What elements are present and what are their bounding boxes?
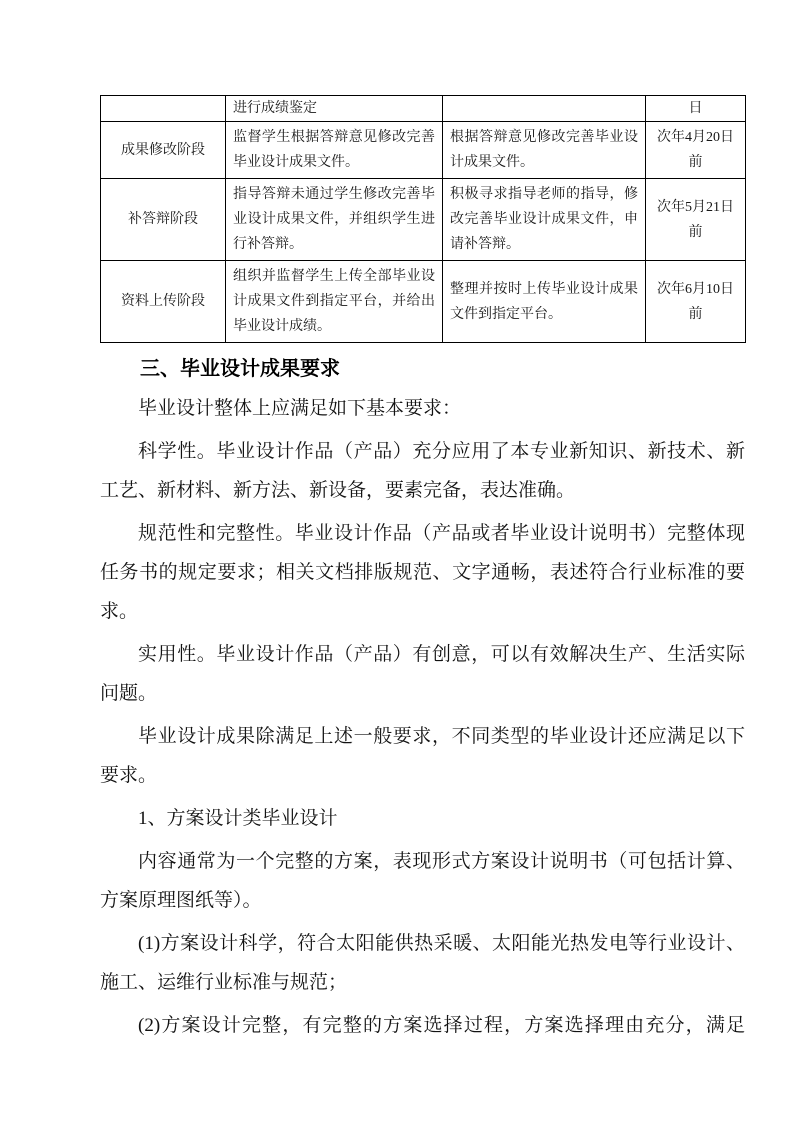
section-heading: 三、毕业设计成果要求 — [100, 355, 745, 383]
table-cell-school-duty: 监督学生根据答辩意见修改完善毕业设计成果文件。 — [226, 122, 443, 179]
paragraph: 内容通常为一个完整的方案，表现形式方案设计说明书（可包括计算、方案原理图纸等）。 — [100, 842, 745, 920]
text-line: 科学性。毕业设计作品（产品）充分应用了本专业新知识、新技术、新 — [100, 432, 745, 471]
body-text: 毕业设计整体上应满足如下基本要求：科学性。毕业设计作品（产品）充分应用了本专业新… — [100, 389, 745, 1045]
schedule-table: 进行成绩鉴定日成果修改阶段监督学生根据答辩意见修改完善毕业设计成果文件。根据答辩… — [100, 95, 746, 343]
paragraph: 1、方案设计类毕业设计 — [100, 799, 745, 838]
text-line: 内容通常为一个完整的方案，表现形式方案设计说明书（可包括计算、 — [100, 842, 745, 881]
text-line: 毕业设计整体上应满足如下基本要求： — [100, 389, 745, 428]
table-cell-deadline: 日 — [646, 96, 746, 122]
text-line: 任务书的规定要求；相关文档排版规范、文字通畅，表述符合行业标准的要 — [100, 553, 745, 592]
text-line: (1)方案设计科学，符合太阳能供热采暖、太阳能光热发电等行业设计、 — [100, 924, 745, 963]
paragraph: (1)方案设计科学，符合太阳能供热采暖、太阳能光热发电等行业设计、施工、运维行业… — [100, 924, 745, 1002]
table-row: 成果修改阶段监督学生根据答辩意见修改完善毕业设计成果文件。根据答辩意见修改完善毕… — [101, 122, 746, 179]
text-line: 1、方案设计类毕业设计 — [100, 799, 745, 838]
paragraph: 规范性和完整性。毕业设计作品（产品或者毕业设计说明书）完整体现任务书的规定要求；… — [100, 514, 745, 631]
table-row: 进行成绩鉴定日 — [101, 96, 746, 122]
text-line: 求。 — [100, 592, 745, 631]
table-cell-deadline: 次年6月10日前 — [646, 261, 746, 343]
table-cell-student-duty — [443, 96, 646, 122]
paragraph: (2)方案设计完整，有完整的方案选择过程，方案选择理由充分，满足 — [100, 1006, 745, 1045]
table-cell-deadline: 次年4月20日前 — [646, 122, 746, 179]
text-line: 实用性。毕业设计作品（产品）有创意，可以有效解决生产、生活实际 — [100, 635, 745, 674]
table-cell-student-duty: 根据答辩意见修改完善毕业设计成果文件。 — [443, 122, 646, 179]
text-line: 规范性和完整性。毕业设计作品（产品或者毕业设计说明书）完整体现 — [100, 514, 745, 553]
text-line: 要求。 — [100, 756, 745, 795]
table-cell-school-duty: 组织并监督学生上传全部毕业设计成果文件到指定平台，并给出毕业设计成绩。 — [226, 261, 443, 343]
text-line: 方案原理图纸等）。 — [100, 881, 745, 920]
text-line: 毕业设计成果除满足上述一般要求，不同类型的毕业设计还应满足以下 — [100, 717, 745, 756]
table-row: 资料上传阶段组织并监督学生上传全部毕业设计成果文件到指定平台，并给出毕业设计成绩… — [101, 261, 746, 343]
table-cell-deadline: 次年5月21日前 — [646, 179, 746, 261]
paragraph: 实用性。毕业设计作品（产品）有创意，可以有效解决生产、生活实际问题。 — [100, 635, 745, 713]
table-cell-stage: 补答辩阶段 — [101, 179, 226, 261]
schedule-table-body: 进行成绩鉴定日成果修改阶段监督学生根据答辩意见修改完善毕业设计成果文件。根据答辩… — [101, 96, 746, 343]
text-line: 施工、运维行业标准与规范； — [100, 963, 745, 1002]
table-cell-school-duty: 进行成绩鉴定 — [226, 96, 443, 122]
text-line: 工艺、新材料、新方法、新设备，要素完备，表达准确。 — [100, 471, 745, 510]
text-line: (2)方案设计完整，有完整的方案选择过程，方案选择理由充分，满足 — [100, 1006, 745, 1045]
table-cell-student-duty: 整理并按时上传毕业设计成果文件到指定平台。 — [443, 261, 646, 343]
table-cell-student-duty: 积极寻求指导老师的指导，修改完善毕业设计成果文件，申请补答辩。 — [443, 179, 646, 261]
paragraph: 毕业设计成果除满足上述一般要求，不同类型的毕业设计还应满足以下要求。 — [100, 717, 745, 795]
table-cell-school-duty: 指导答辩未通过学生修改完善毕业设计成果文件，并组织学生进行补答辩。 — [226, 179, 443, 261]
document-page: 进行成绩鉴定日成果修改阶段监督学生根据答辩意见修改完善毕业设计成果文件。根据答辩… — [0, 0, 793, 1122]
table-cell-stage: 成果修改阶段 — [101, 122, 226, 179]
table-cell-stage: 资料上传阶段 — [101, 261, 226, 343]
text-line: 问题。 — [100, 674, 745, 713]
table-cell-stage — [101, 96, 226, 122]
paragraph: 毕业设计整体上应满足如下基本要求： — [100, 389, 745, 428]
table-row: 补答辩阶段指导答辩未通过学生修改完善毕业设计成果文件，并组织学生进行补答辩。积极… — [101, 179, 746, 261]
paragraph: 科学性。毕业设计作品（产品）充分应用了本专业新知识、新技术、新工艺、新材料、新方… — [100, 432, 745, 510]
